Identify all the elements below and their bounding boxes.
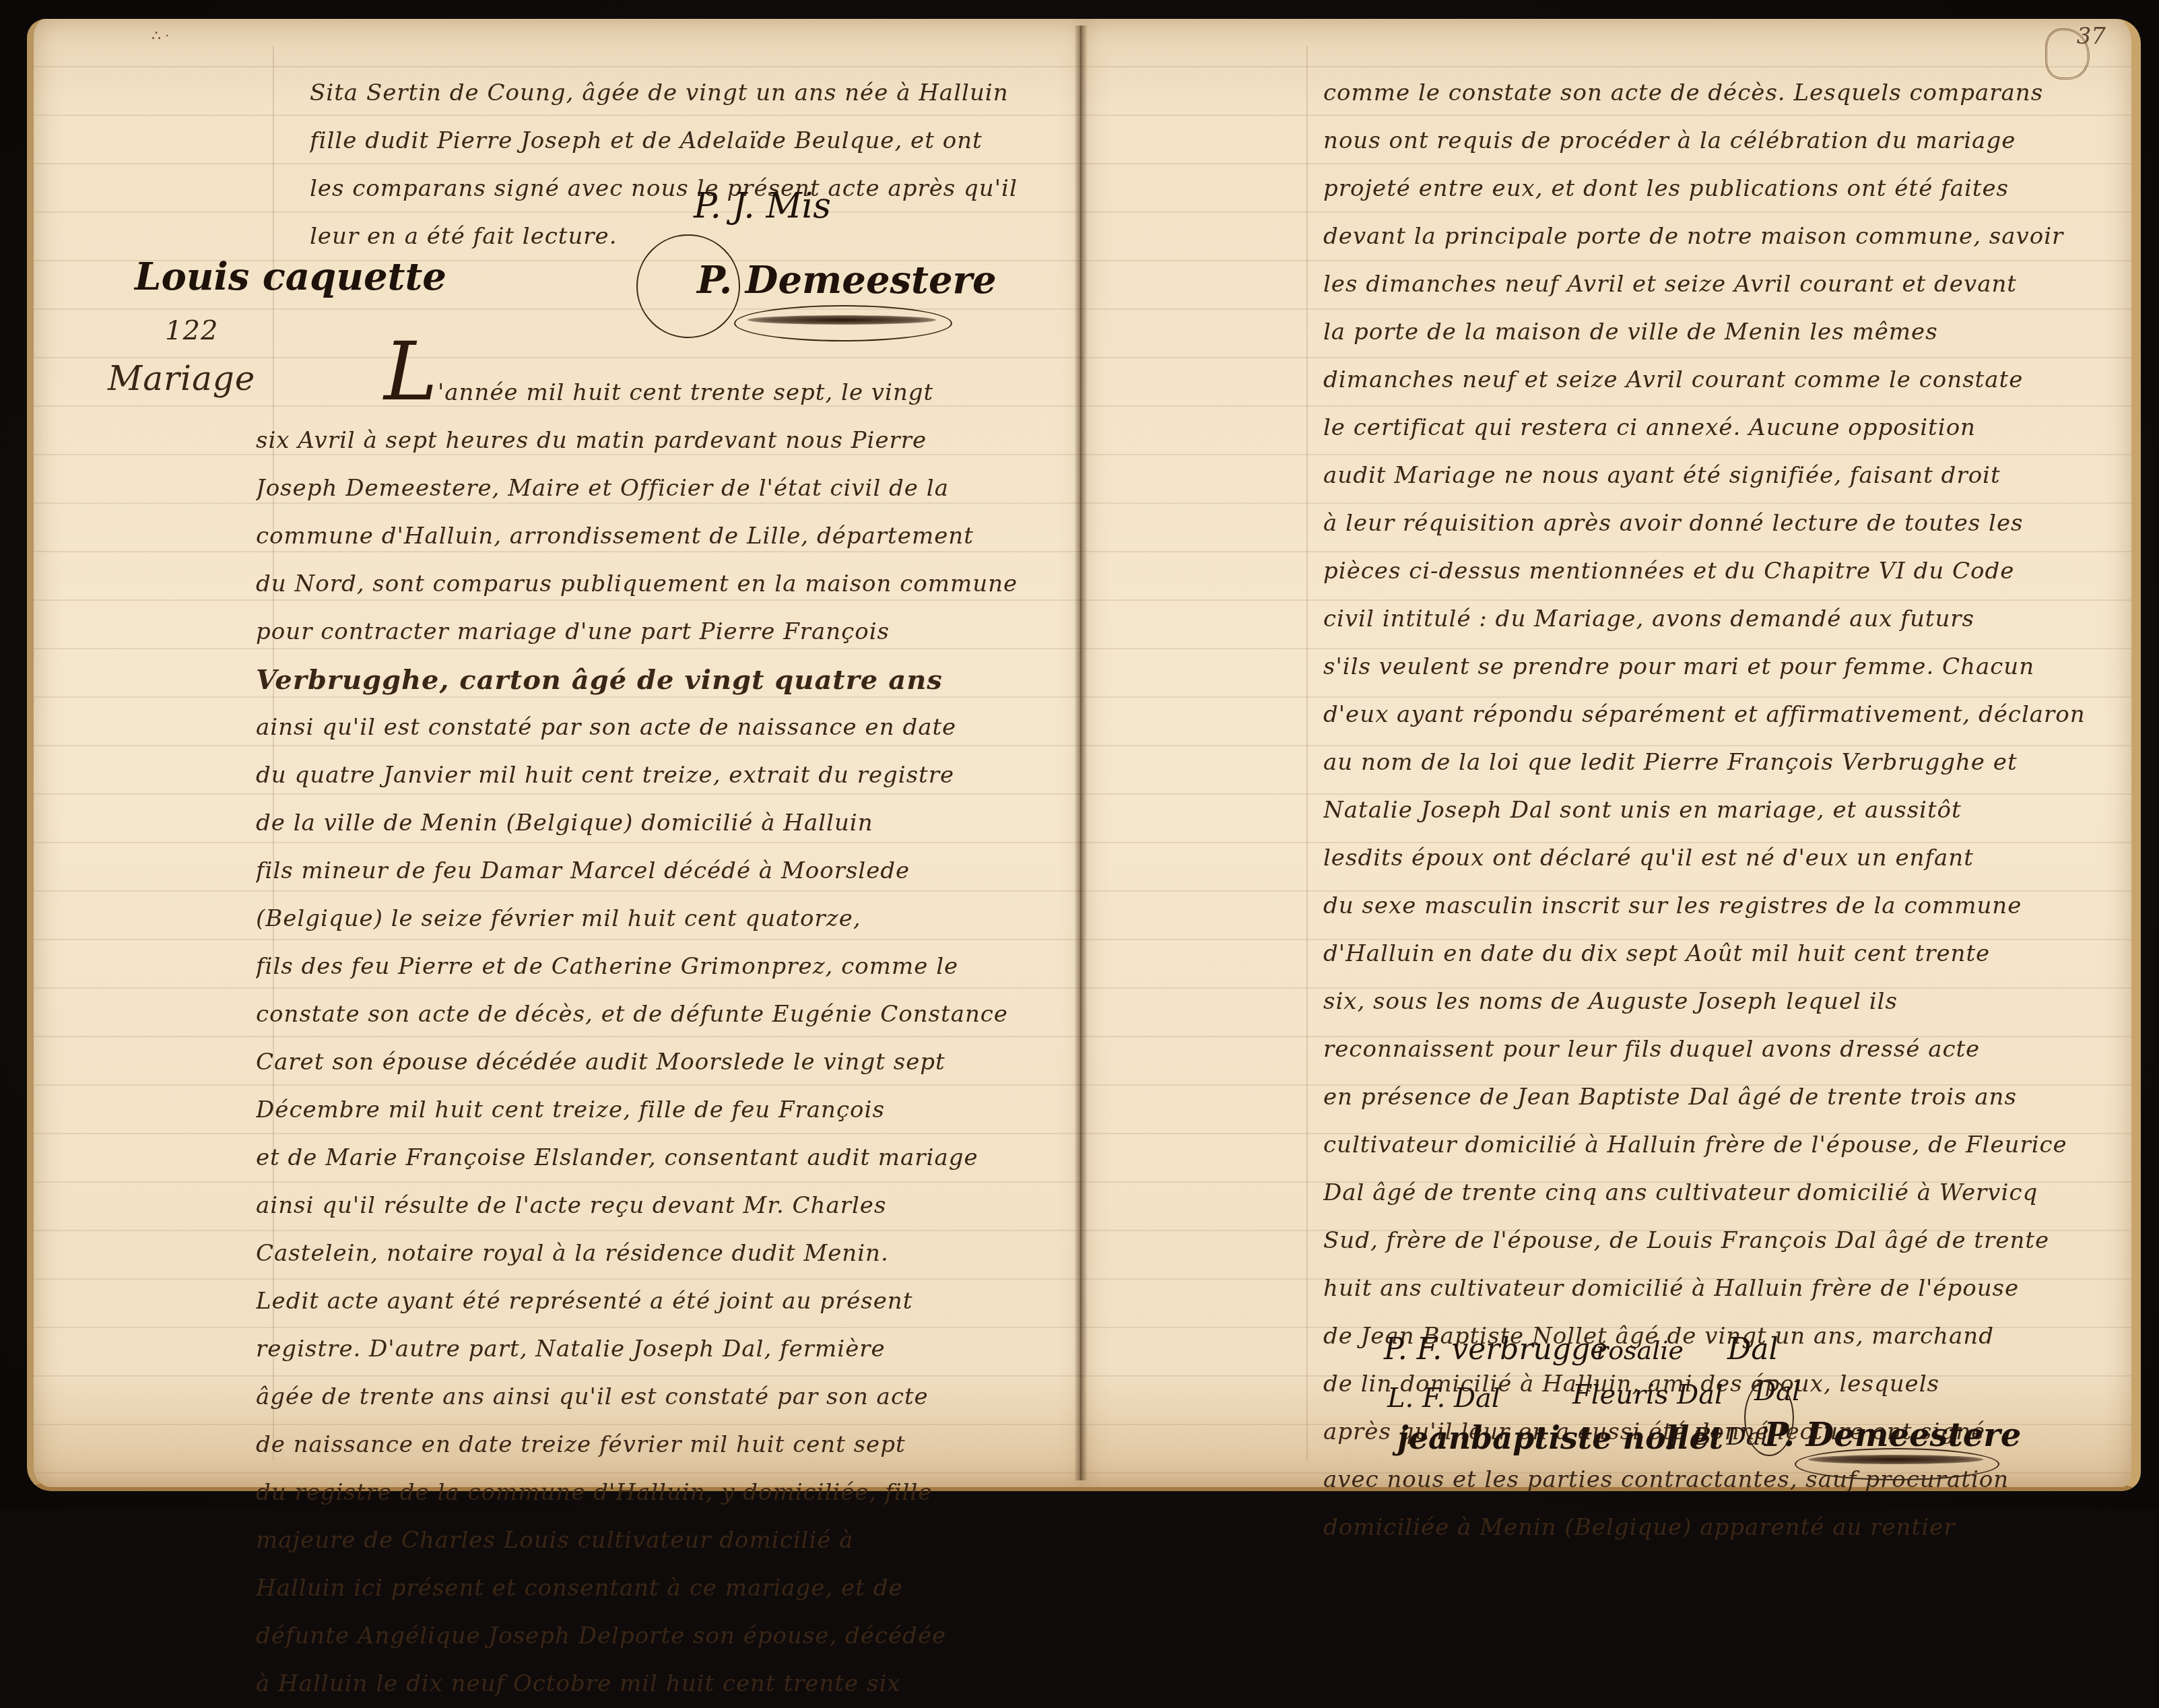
text-line: lesdits époux ont déclaré qu'il est né d… [1323, 834, 2084, 882]
text-line: 'année mil huit cent trente sept, le vin… [438, 369, 1071, 417]
text-line: Dal âgé de trente cinq ans cultivateur d… [1323, 1169, 2084, 1217]
entry-body-text: six Avril à sept heures du matin pardeva… [256, 417, 1064, 1509]
text-line: domiciliée à Menin (Belgique) apparenté … [1323, 1504, 2084, 1509]
signature-mayor: P. Demeestere [697, 258, 997, 302]
text-line: du Nord, sont comparus publiquement en l… [256, 560, 1064, 608]
text-line: la porte de la maison de ville de Menin … [1323, 308, 2084, 356]
text-line: à leur réquisition après avoir donné lec… [1323, 500, 2084, 548]
entry-number: 122 [165, 315, 218, 346]
text-line: devant la principale porte de notre mais… [1323, 213, 2084, 261]
text-line: Castelein, notaire royal à la résidence … [256, 1230, 1064, 1278]
signature-oval-flourish [1795, 1448, 1999, 1480]
text-line: comme le constate son acte de décès. Les… [1323, 69, 2084, 117]
previous-entry-ending: Sita Sertin de Coung, âgée de vingt un a… [310, 69, 1064, 261]
text-line-groom-name: Verbrugghe, carton âgé de vingt quatre a… [256, 656, 1064, 704]
signature-groom: P. F. verbrugge [1384, 1332, 1607, 1367]
text-line: projeté entre eux, et dont les publicati… [1323, 165, 2084, 213]
text-line: le certificat qui restera ci annexé. Auc… [1323, 404, 2084, 452]
signature-witness-2: Fleuris Dal [1572, 1379, 1723, 1410]
text-line: du quatre Janvier mil huit cent treize, … [256, 752, 1064, 799]
text-line: Sud, frère de l'épouse, de Louis Françoi… [1323, 1217, 2084, 1265]
text-line: civil intitulé : du Mariage, avons deman… [1323, 595, 2084, 643]
text-line: du registre de la commune d'Halluin, y d… [256, 1469, 1064, 1509]
text-line: constate son acte de décès, et de défunt… [256, 991, 1064, 1039]
text-line: Sita Sertin de Coung, âgée de vingt un a… [310, 69, 1064, 117]
text-line: de la ville de Menin (Belgique) domicili… [256, 799, 1064, 847]
text-line: et de Marie Françoise Elslander, consent… [256, 1134, 1064, 1182]
text-line: d'eux ayant répondu séparément et affirm… [1323, 691, 2084, 739]
signature-witness-1: L. F. Dal [1387, 1383, 1500, 1414]
text-line: fils mineur de feu Damar Marcel décédé à… [256, 847, 1064, 895]
text-line: Joseph Demeestere, Maire et Officier de … [256, 465, 1064, 513]
page-number: 37 [2077, 23, 2106, 50]
text-line: Ledit acte ayant été représenté a été jo… [256, 1278, 1064, 1325]
entry-first-line: 'année mil huit cent trente sept, le vin… [438, 369, 1071, 417]
signature-louis-caquette: Louis caquette [135, 255, 446, 299]
text-line: six, sous les noms de Auguste Joseph leq… [1323, 978, 2084, 1026]
text-line: les dimanches neuf Avril et seize Avril … [1323, 261, 2084, 308]
text-line: dimanches neuf et seize Avril courant co… [1323, 356, 2084, 404]
text-line: de naissance en date treize février mil … [256, 1421, 1064, 1469]
text-line: fille dudit Pierre Joseph et de Adelaïde… [310, 117, 1064, 165]
text-line: s'ils veulent se prendre pour mari et po… [1323, 643, 2084, 691]
text-line: nous ont requis de procéder à la célébra… [1323, 117, 2084, 165]
text-line: Décembre mil huit cent treize, fille de … [256, 1086, 1064, 1134]
text-line: Caret son épouse décédée audit Moorslede… [256, 1039, 1064, 1086]
left-page: ∴ · Sita Sertin de Coung, âgée de vingt … [27, 19, 1088, 1491]
text-line: les comparans signé avec nous le présent… [310, 165, 1064, 213]
text-line: fils des feu Pierre et de Catherine Grim… [256, 943, 1064, 991]
text-line: âgée de trente ans ainsi qu'il est const… [256, 1373, 1064, 1421]
text-line: au nom de la loi que ledit Pierre Franço… [1323, 739, 2084, 787]
book-gutter-spine [1074, 26, 1088, 1480]
text-line: six Avril à sept heures du matin pardeva… [256, 417, 1064, 465]
open-register-book: ∴ · Sita Sertin de Coung, âgée de vingt … [27, 19, 2135, 1494]
entry-continuation-text: comme le constate son acte de décès. Les… [1323, 69, 2084, 1509]
signature-initials: P. J. Mis [694, 186, 831, 226]
text-line: Natalie Joseph Dal sont unis en mariage,… [1323, 787, 2084, 834]
text-line: (Belgique) le seize février mil huit cen… [256, 895, 1064, 943]
text-line: ainsi qu'il est constaté par son acte de… [256, 704, 1064, 752]
text-line: d'Halluin en date du dix sept Août mil h… [1323, 930, 2084, 978]
text-line: audit Mariage ne nous ayant été signifié… [1323, 452, 2084, 500]
ink-speck-marks: ∴ · [152, 31, 170, 40]
text-line: reconnaissent pour leur fils duquel avon… [1323, 1026, 2084, 1074]
margin-line [1306, 46, 1308, 1460]
text-line: en présence de Jean Baptiste Dal âgé de … [1323, 1074, 2084, 1121]
text-line: pièces ci-dessus mentionnées et du Chapi… [1323, 548, 2084, 595]
signature-bride: rosalie [1596, 1336, 1684, 1365]
text-line: pour contracter mariage d'une part Pierr… [256, 608, 1064, 656]
signature-oval-flourish [734, 305, 952, 341]
text-line: du sexe masculin inscrit sur les registr… [1323, 882, 2084, 930]
text-line: commune d'Halluin, arrondissement de Lil… [256, 513, 1064, 560]
text-line-bride-name: registre. D'autre part, Natalie Joseph D… [256, 1325, 1064, 1373]
signature-bride-surname: Dal [1727, 1332, 1779, 1367]
photo-background: ∴ · Sita Sertin de Coung, âgée de vingt … [0, 0, 2159, 1509]
text-line: huit ans cultivateur domicilié à Halluin… [1323, 1265, 2084, 1313]
text-line: ainsi qu'il résulte de l'acte reçu devan… [256, 1182, 1064, 1230]
text-line: cultivateur domicilié à Halluin frère de… [1323, 1121, 2084, 1169]
drop-cap-letter: L [384, 325, 438, 419]
entry-label-mariage: Mariage [108, 359, 255, 398]
right-page: 37 comme le constate son acte de décès. … [1081, 19, 2141, 1491]
